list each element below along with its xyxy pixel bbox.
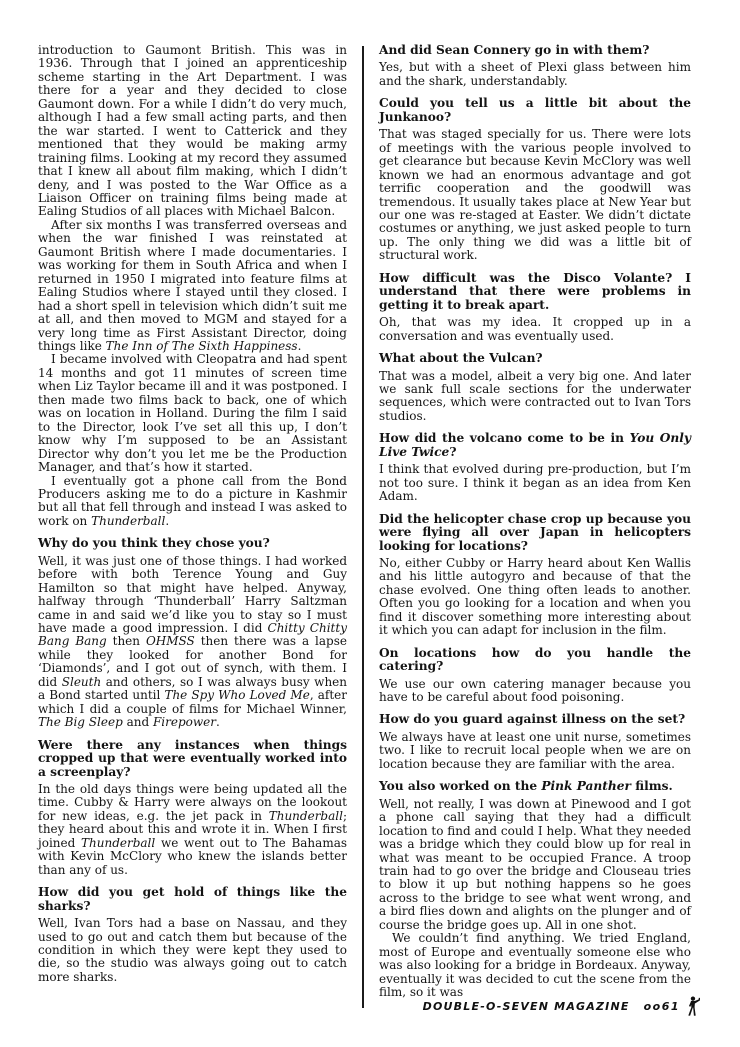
interview-answer-paragraph: Yes, but with a sheet of Plexi glass bet…	[379, 61, 691, 88]
bond-silhouette-icon	[684, 996, 700, 1017]
interview-question: Did the helicopter chase crop up because…	[379, 513, 691, 553]
interview-answer-paragraph: In the old days things were being update…	[38, 783, 347, 877]
magazine-title: DOUBLE-O-SEVEN MAGAZINE	[423, 1000, 630, 1013]
interview-answer-paragraph: Well, it was just one of those things. I…	[38, 555, 347, 730]
interview-answer-paragraph: I think that evolved during pre-producti…	[379, 463, 691, 503]
interview-answer-paragraph: Well, not really, I was down at Pinewood…	[379, 798, 691, 933]
left-text-column: introduction to Gaumont British. This wa…	[38, 44, 347, 984]
interview-answer-paragraph: introduction to Gaumont British. This wa…	[38, 44, 347, 219]
interview-answer-paragraph: No, either Cubby or Harry heard about Ke…	[379, 557, 691, 638]
page-number: oo61	[644, 1000, 680, 1013]
interview-question: On locations how do you handle the cater…	[379, 647, 691, 674]
column-divider	[362, 46, 364, 1008]
right-text-column: And did Sean Connery go in with them?Yes…	[379, 44, 691, 1000]
interview-answer-paragraph: That was a model, albeit a very big one.…	[379, 370, 691, 424]
interview-question: How do you guard against illness on the …	[379, 713, 691, 726]
interview-answer-paragraph: We couldn’t find anything. We tried Engl…	[379, 932, 691, 999]
interview-answer-paragraph: Well, Ivan Tors had a base on Nassau, an…	[38, 917, 347, 984]
interview-answer-paragraph: That was staged specially for us. There …	[379, 128, 691, 263]
interview-answer-paragraph: I became involved with Cleopatra and had…	[38, 353, 347, 474]
interview-question: Why do you think they chose you?	[38, 537, 347, 550]
magazine-page: introduction to Gaumont British. This wa…	[0, 0, 740, 1047]
interview-question: How difficult was the Disco Volante? I u…	[379, 272, 691, 312]
interview-answer-paragraph: Oh, that was my idea. It cropped up in a…	[379, 316, 691, 343]
interview-question: How did you get hold of things like the …	[38, 886, 347, 913]
interview-question: What about the Vulcan?	[379, 352, 691, 365]
page-footer: DOUBLE-O-SEVEN MAGAZINE oo61	[0, 996, 700, 1017]
interview-question: How did the volcano come to be in You On…	[379, 432, 691, 459]
interview-answer-paragraph: I eventually got a phone call from the B…	[38, 475, 347, 529]
interview-question: You also worked on the Pink Panther film…	[379, 780, 691, 793]
interview-answer-paragraph: We always have at least one unit nurse, …	[379, 731, 691, 771]
interview-answer-paragraph: We use our own catering manager because …	[379, 678, 691, 705]
interview-answer-paragraph: After six months I was transferred overs…	[38, 219, 347, 354]
interview-question: And did Sean Connery go in with them?	[379, 44, 691, 57]
interview-question: Could you tell us a little bit about the…	[379, 97, 691, 124]
interview-question: Were there any instances when things cro…	[38, 739, 347, 779]
